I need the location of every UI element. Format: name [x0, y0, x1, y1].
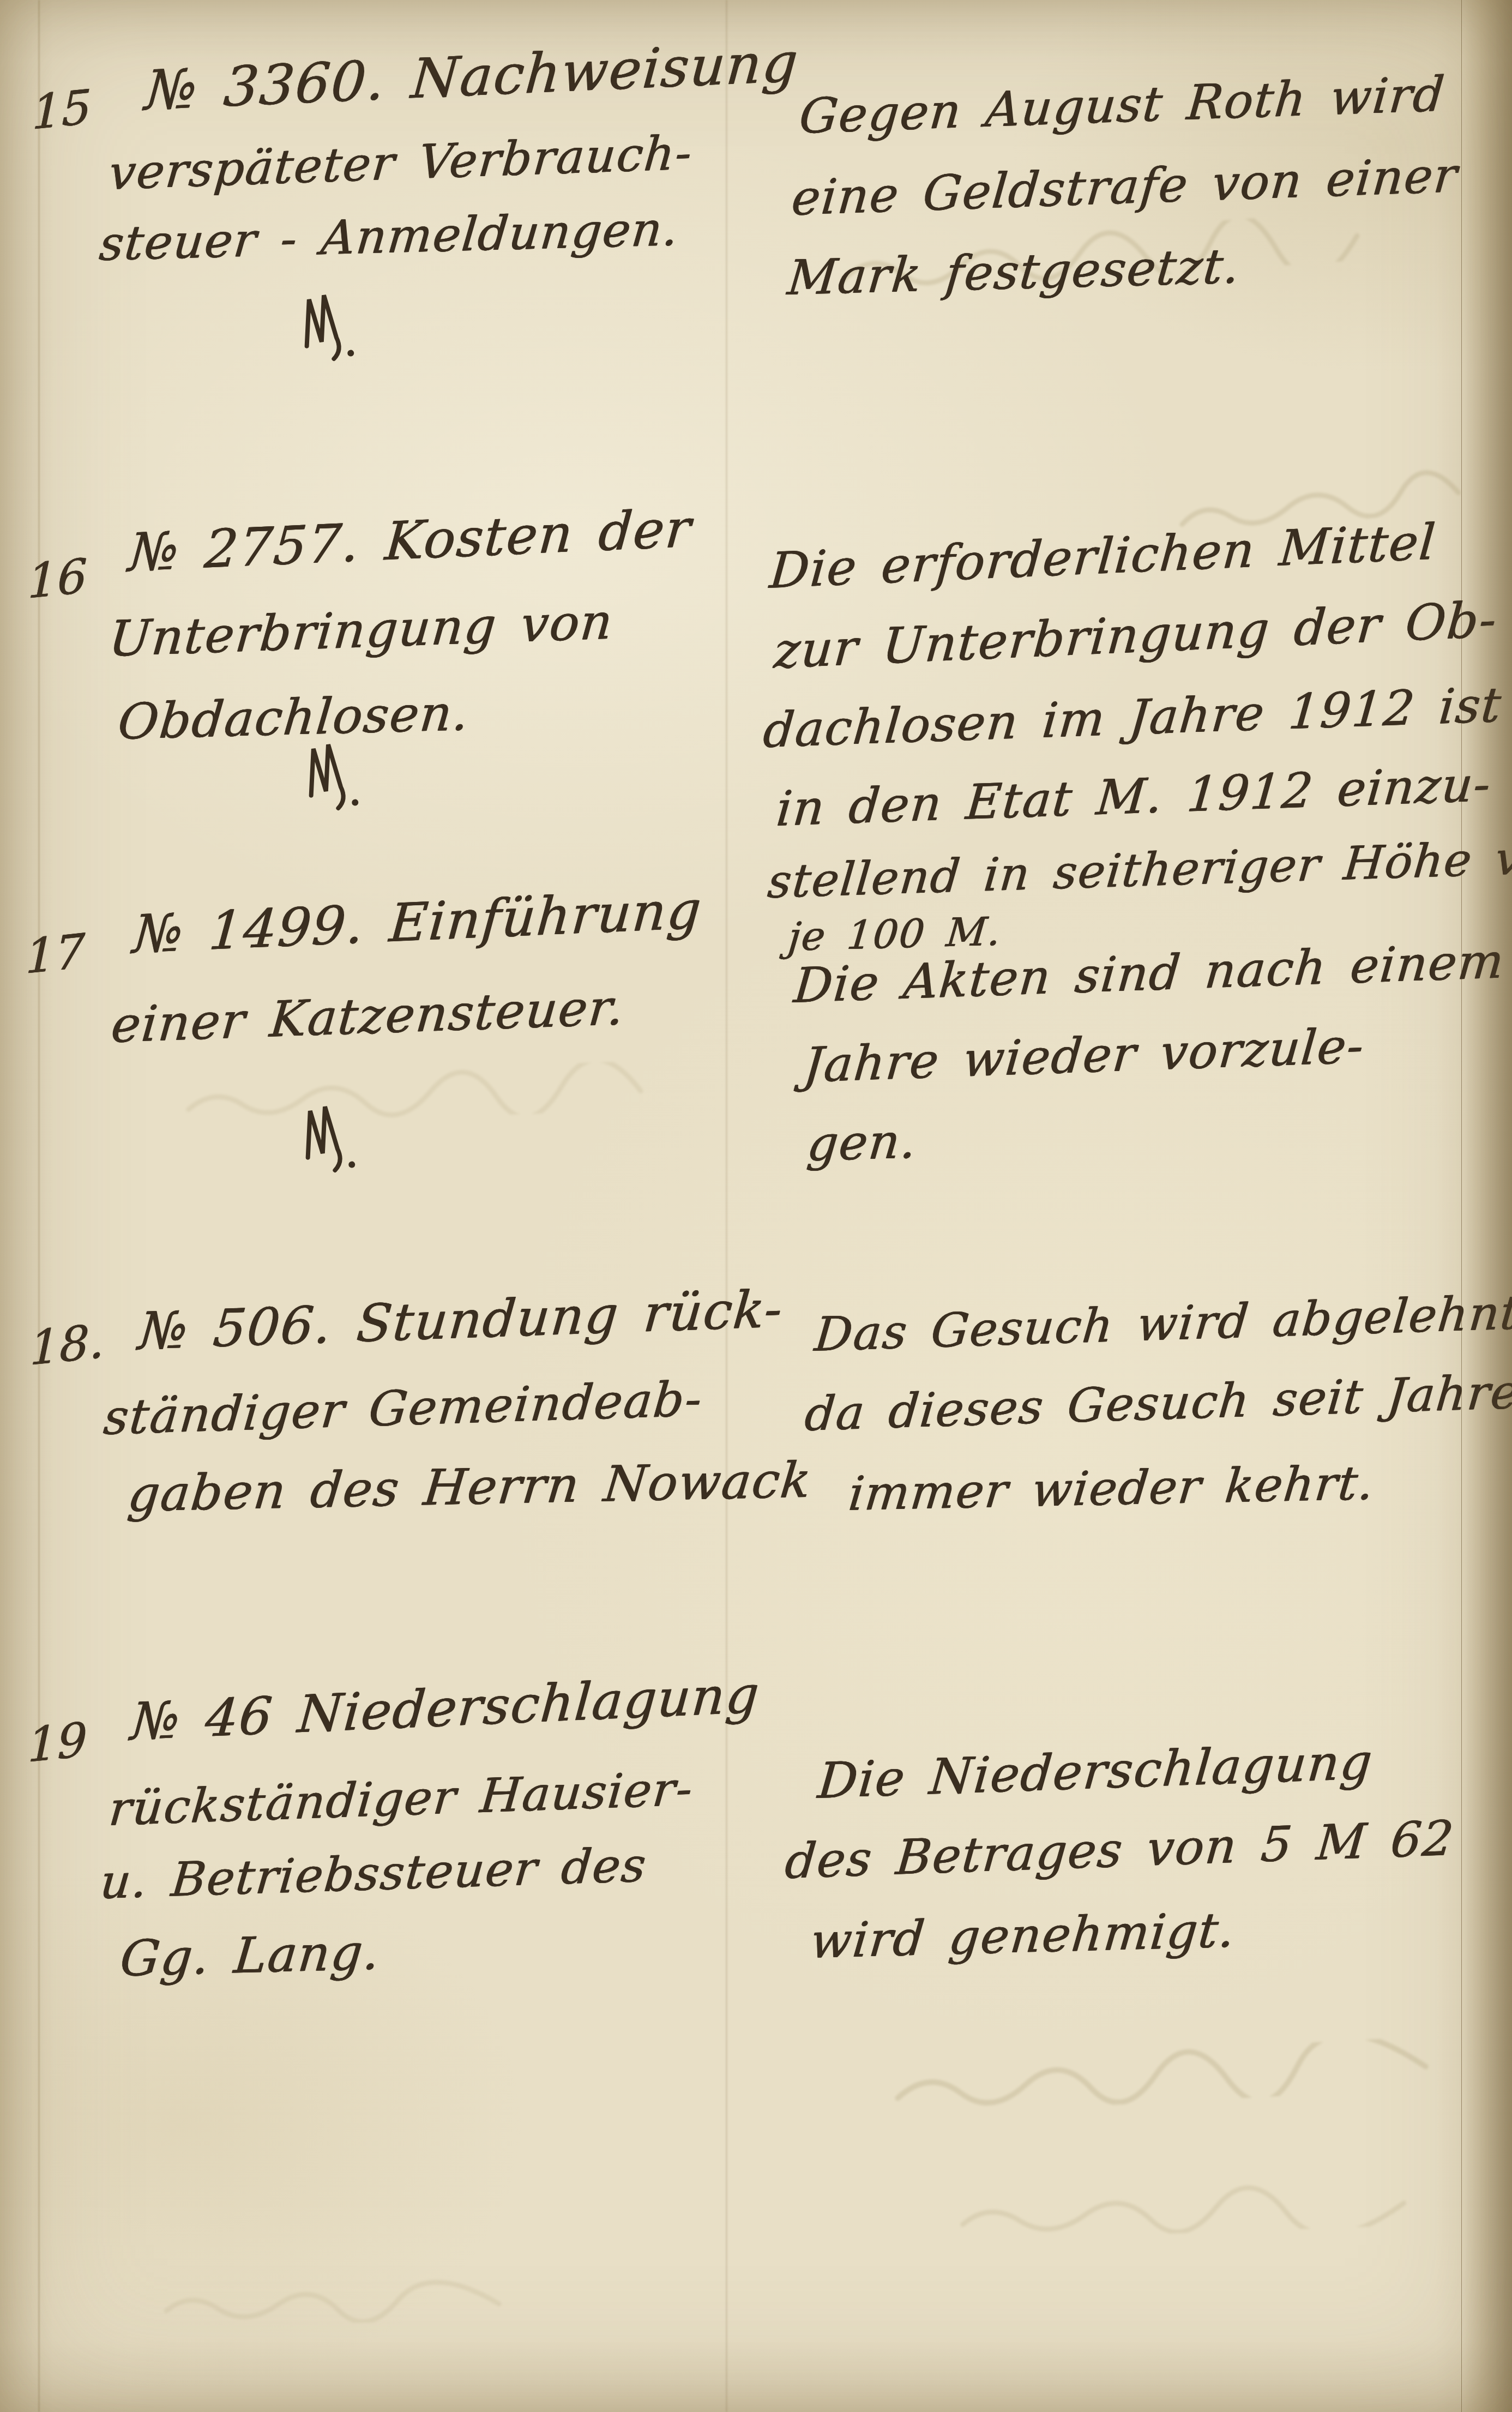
entry-number: 19 [27, 1712, 88, 1773]
paraph-initials-mark [294, 284, 369, 368]
paraph-initials-mark [298, 733, 374, 817]
left-margin-crease [38, 0, 40, 2412]
entry-16-decision-line: stellend in seitheriger Höhe von [766, 829, 1512, 909]
entry-19-subject-line: Gg. Lang. [118, 1923, 383, 1988]
right-page-edge [1461, 0, 1512, 2412]
entry-15-subject-line: № 3360. Nachweisung [143, 30, 801, 123]
entry-number: 16 [27, 549, 88, 610]
entry-15-subject-line: steuer - Anmeldungen. [97, 202, 682, 272]
entry-19-subject-line: u. Betriebssteuer des [98, 1838, 649, 1910]
ink-bleedthrough [959, 2179, 1407, 2241]
ink-bleedthrough [163, 2277, 502, 2326]
entry-17-subject-line: № 1499. Einführung [131, 879, 704, 965]
entry-19-decision-line: wird genehmigt. [808, 1902, 1238, 1969]
entry-number: 18. [29, 1314, 105, 1376]
entry-19-subject-line: № 46 Niederschlagung [129, 1665, 762, 1752]
entry-15-decision-line: Gegen August Roth wird [797, 65, 1448, 145]
entry-18-decision-line: immer wieder kehrt. [846, 1456, 1377, 1521]
paraph-initials-mark [295, 1095, 370, 1180]
entry-15-decision-line: eine Geldstrafe von einer [790, 147, 1460, 226]
entry-19-decision-line: des Betrages von 5 M 62 [783, 1810, 1456, 1890]
entry-number: 17 [25, 924, 86, 985]
entry-16-subject-line: Unterbringung von [107, 593, 616, 668]
center-fold-crease [725, 0, 728, 2412]
entry-18-subject-line: ständiger Gemeindeab- [101, 1370, 705, 1446]
entry-18-subject-line: gaben des Herrn Nowack [125, 1452, 815, 1523]
entry-number: 15 [32, 80, 92, 141]
entry-16-subject-line: № 2757. Kosten der [126, 497, 694, 584]
ink-bleedthrough [185, 1061, 644, 1126]
entry-17-decision-line: gen. [805, 1112, 920, 1172]
entry-15-decision-line: Mark festgesetzt. [785, 238, 1243, 306]
entry-19-subject-line: rückständiger Hausier- [107, 1761, 696, 1837]
entry-16-decision-line: zur Unterbringung der Ob- [772, 591, 1499, 680]
entry-16-decision-line: dachlosen im Jahre 1912 ist [761, 676, 1504, 759]
entry-16-decision-line: in den Etat M. 1912 einzu- [774, 756, 1493, 837]
entry-18-subject-line: № 506. Stundung rück- [136, 1279, 786, 1362]
entry-15-subject-line: verspäteter Verbrauch- [107, 125, 695, 201]
entry-16-decision-line: Die erforderlichen Mittel [768, 513, 1438, 600]
entry-16-subject-line: Obdachlosen. [116, 684, 472, 751]
entry-17-subject-line: einer Katzensteuer. [109, 979, 627, 1054]
entry-17-decision-line: Jahre wieder vorzule- [802, 1018, 1367, 1093]
ink-bleedthrough [893, 2036, 1430, 2116]
ledger-page: 15 № 3360. Nachweisung verspäteter Verbr… [0, 0, 1512, 2412]
entry-19-decision-line: Die Niederschlagung [816, 1733, 1375, 1810]
entry-18-decision-line: Das Gesuch wird abgelehnt, [812, 1285, 1512, 1362]
entry-18-decision-line: da dieses Gesuch seit Jahren [803, 1364, 1512, 1442]
